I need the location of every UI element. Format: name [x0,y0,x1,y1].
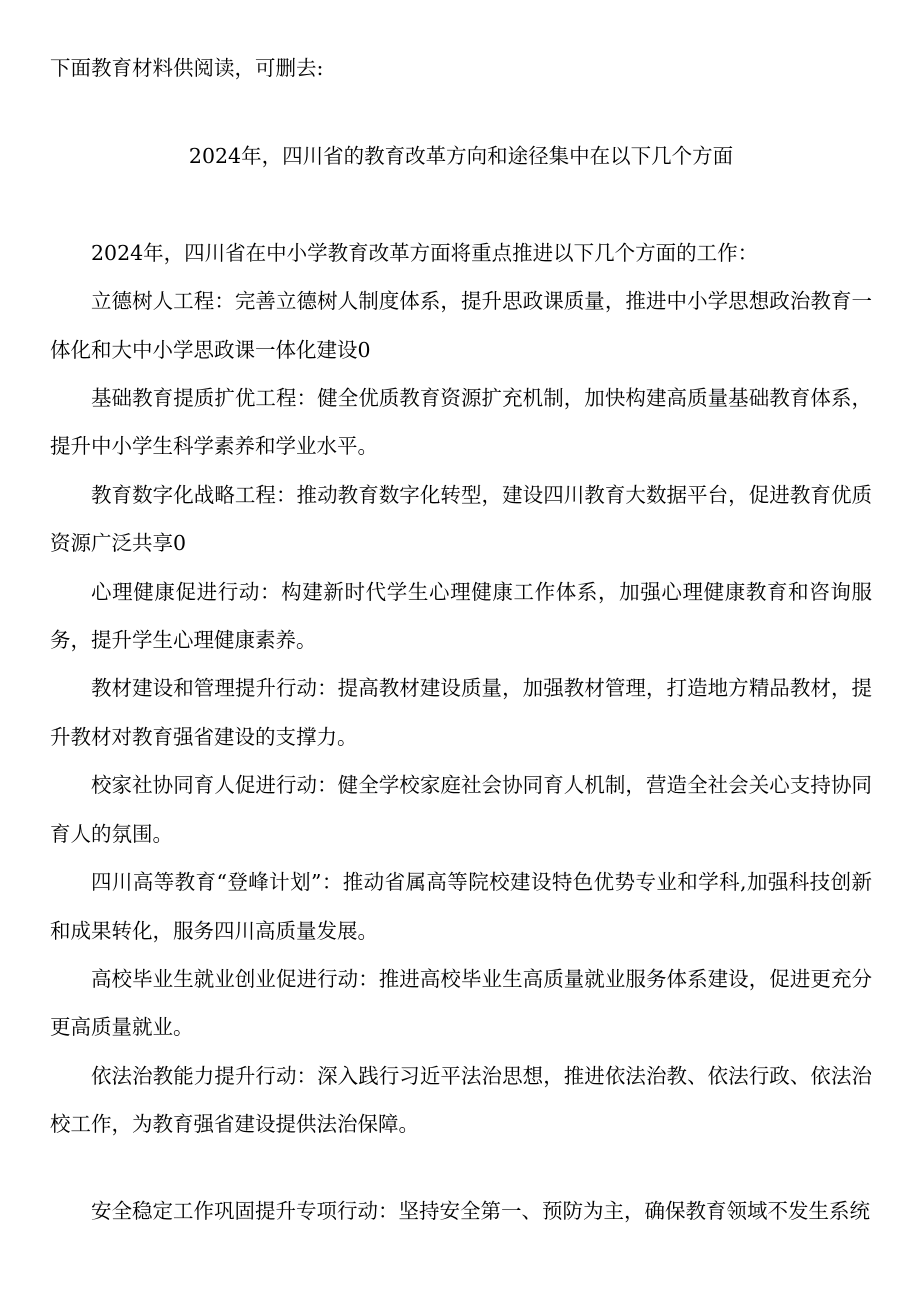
document-paragraph-rule-of-law: 依法治教能力提升行动：深入践行习近平法治思想，推进依法治教、依法行政、依法治校工… [50,1052,872,1149]
document-page: 下面教育材料供阅读，可删去: 2024年，四川省的教育改革方向和途径集中在以下几… [0,0,920,1301]
document-paragraph-safety-stability: 安全稳定工作巩固提升专项行动：坚持安全第一、预防为主，确保教育领域不发生系统 [50,1187,872,1235]
document-title: 2024年，四川省的教育改革方向和途径集中在以下几个方面 [50,132,872,180]
note-line: 下面教育材料供阅读，可删去: [50,44,872,92]
document-paragraph-mental-health: 心理健康促进行动：构建新时代学生心理健康工作体系，加强心理健康教育和咨询服务，提… [50,568,872,665]
document-paragraph-higher-education-peak-plan: 四川高等教育“登峰计划”：推动省属高等院校建设特色优势专业和学科,加强科技创新和… [50,858,872,955]
document-paragraph-moral-education: 立德树人工程：完善立德树人制度体系，提升思政课质量，推进中小学思想政治教育一体化… [50,277,872,374]
document-paragraph-graduate-employment: 高校毕业生就业创业促进行动：推进高校毕业生高质量就业服务体系建设，促进更充分更高… [50,955,872,1052]
document-paragraph-basic-education: 基础教育提质扩优工程：健全优质教育资源扩充机制，加快构建高质量基础教育体系，提升… [50,374,872,471]
document-paragraph-digitalization: 教育数字化战略工程：推动教育数字化转型，建设四川教育大数据平台，促进教育优质资源… [50,471,872,568]
document-paragraph-teaching-materials: 教材建设和管理提升行动：提高教材建设质量，加强教材管理，打造地方精品教材，提升教… [50,664,872,761]
document-paragraph-intro: 2024年，四川省在中小学教育改革方面将重点推进以下几个方面的工作： [50,229,872,277]
document-paragraph-school-family-society: 校家社协同育人促进行动：健全学校家庭社会协同育人机制，营造全社会关心支持协同育人… [50,761,872,858]
